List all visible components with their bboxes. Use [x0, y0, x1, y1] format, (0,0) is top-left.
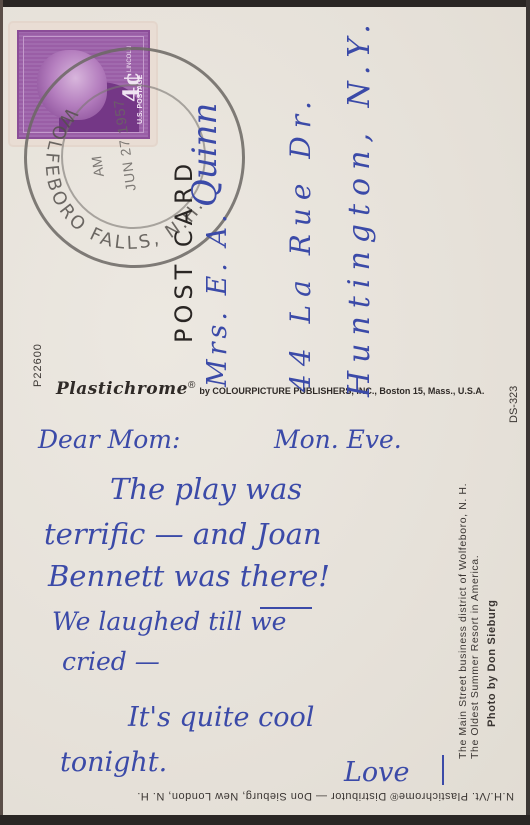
card-code: P22600 [32, 343, 44, 387]
message-line: We laughed till we [52, 607, 286, 636]
series-code: DS-323 [508, 386, 520, 423]
address-city: Huntington, N.Y. [342, 16, 377, 397]
brand-logo: Plastichrome [56, 379, 188, 399]
message-greeting: Dear Mom: [38, 425, 180, 454]
message-day: Mon. Eve. [274, 425, 402, 454]
message-line: It's quite cool [128, 702, 314, 733]
address-street: 44 La Rue Dr. [284, 93, 317, 392]
scan-edge-right [526, 0, 530, 825]
postcard-back: LINCOLN 4¢ U.S. POSTAGE WOLFEBORO FALLS,… [2, 7, 526, 815]
registered-mark: ® [188, 380, 195, 391]
message-signoff: Love [344, 757, 409, 788]
message-line: Bennett was there! [48, 559, 330, 593]
address-name: Mrs. E. A. [202, 210, 233, 387]
message-line: The play was [110, 472, 302, 506]
distributor-line: N.H./Vt. Plastichrome® Distributor — Don… [30, 790, 514, 802]
caption-line-1: The Main Street business district of Wol… [457, 483, 470, 759]
message-line: terrific — and Joan [44, 517, 322, 551]
caption-line-2: The Oldest Summer Resort in America. [469, 555, 482, 759]
photo-credit: Photo by Don Sieburg [486, 600, 499, 728]
address-name-cont: Quinn [185, 103, 225, 207]
scan-edge-bottom [0, 815, 530, 825]
ink-mark [442, 755, 444, 785]
publisher-line: Plastichrome®by COLOURPICTURE PUBLISHERS… [56, 379, 484, 399]
scan-edge-left [0, 0, 3, 825]
postmark-time: AM [88, 155, 107, 178]
message-line: cried — [62, 647, 160, 676]
message-line: tonight. [60, 747, 167, 778]
